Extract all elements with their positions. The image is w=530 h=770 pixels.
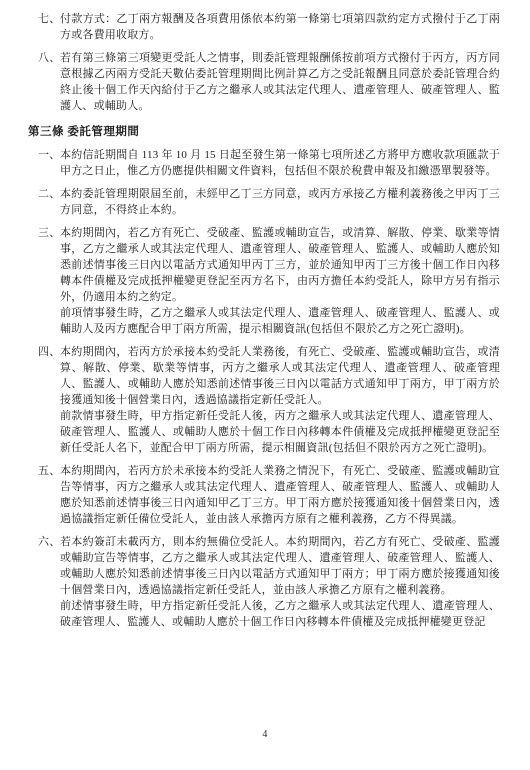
clause-number: 一、 <box>38 147 60 163</box>
clause-number: 七、 <box>38 11 60 27</box>
clause-paragraph: 本約期間內，若丙方於未承接本約受託人業務之情況下，有死亡、受破產、監護或輔助宣告… <box>60 463 500 527</box>
clause-item: 三、 本約期間內，若乙方有死亡、受破產、監護或輔助宣告，或清算、解散、停業、歇業… <box>38 225 500 337</box>
clause-paragraph: 本約信託期間自 113 年 10 月 15 日起至發生第一條第七項所述乙方將甲方… <box>60 147 500 179</box>
clause-number: 六、 <box>38 534 60 550</box>
clause-item: 七、 付款方式：乙丁兩方報酬及各項費用係依本約第一條第七項第四款約定方式撥付于乙… <box>38 11 500 43</box>
clause-number: 二、 <box>38 186 60 202</box>
clause-subparagraph: 前款情事發生時，甲方指定新任受託人後，丙方之繼承人或其法定代理人、遺產管理人、破… <box>60 408 500 456</box>
document-page: 七、 付款方式：乙丁兩方報酬及各項費用係依本約第一條第七項第四款約定方式撥付于乙… <box>0 0 530 770</box>
section-heading: 第三條 委託管理期間 <box>28 124 500 140</box>
clause-item: 四、 本約期間內，若丙方於承接本約受託人業務後，有死亡、受破產、監護或輔助宣告，… <box>38 344 500 456</box>
clause-paragraph: 若有第三條第三項變更受託人之情事，則委託管理報酬係按前項方式撥付于丙方，丙方同意… <box>60 50 500 114</box>
clause-paragraph: 本約期間內，若乙方有死亡、受破產、監護或輔助宣告，或清算、解散、停業、歇業等情事… <box>60 225 500 305</box>
clause-paragraph: 若本約簽訂未載丙方，則本約無備位受託人。本約期間內，若乙方有死亡、受破產、監護或… <box>60 534 500 598</box>
clause-number: 四、 <box>38 344 60 360</box>
clause-paragraph: 本約委託管理期限屆至前，未經甲乙丁三方同意，或丙方承接乙方權利義務後之甲丙丁三方… <box>60 186 500 218</box>
clause-number: 八、 <box>38 50 60 66</box>
page-number: 4 <box>0 727 530 743</box>
clause-item: 八、 若有第三條第三項變更受託人之情事，則委託管理報酬係按前項方式撥付于丙方，丙… <box>38 50 500 114</box>
clause-item: 二、 本約委託管理期限屆至前，未經甲乙丁三方同意，或丙方承接乙方權利義務後之甲丙… <box>38 186 500 218</box>
clause-item: 一、 本約信託期間自 113 年 10 月 15 日起至發生第一條第七項所述乙方… <box>38 147 500 179</box>
clause-subparagraph: 前項情事發生時，乙方之繼承人或其法定代理人、遺產管理人、破產管理人、監護人、或輔… <box>60 305 500 337</box>
clause-paragraph: 本約期間內，若丙方於承接本約受託人業務後，有死亡、受破產、監護或輔助宣告，或清算… <box>60 344 500 408</box>
clause-paragraph: 付款方式：乙丁兩方報酬及各項費用係依本約第一條第七項第四款約定方式撥付于乙丁兩方… <box>60 11 500 43</box>
clause-number: 五、 <box>38 463 60 479</box>
clause-item: 六、 若本約簽訂未載丙方，則本約無備位受託人。本約期間內，若乙方有死亡、受破產、… <box>38 534 500 630</box>
clause-number: 三、 <box>38 225 60 241</box>
clause-item: 五、 本約期間內，若丙方於未承接本約受託人業務之情況下，有死亡、受破產、監護或輔… <box>38 463 500 527</box>
clause-subparagraph: 前述情事發生時，甲方指定新任受託人後，乙方之繼承人或其法定代理人、遺產管理人、破… <box>60 598 500 630</box>
